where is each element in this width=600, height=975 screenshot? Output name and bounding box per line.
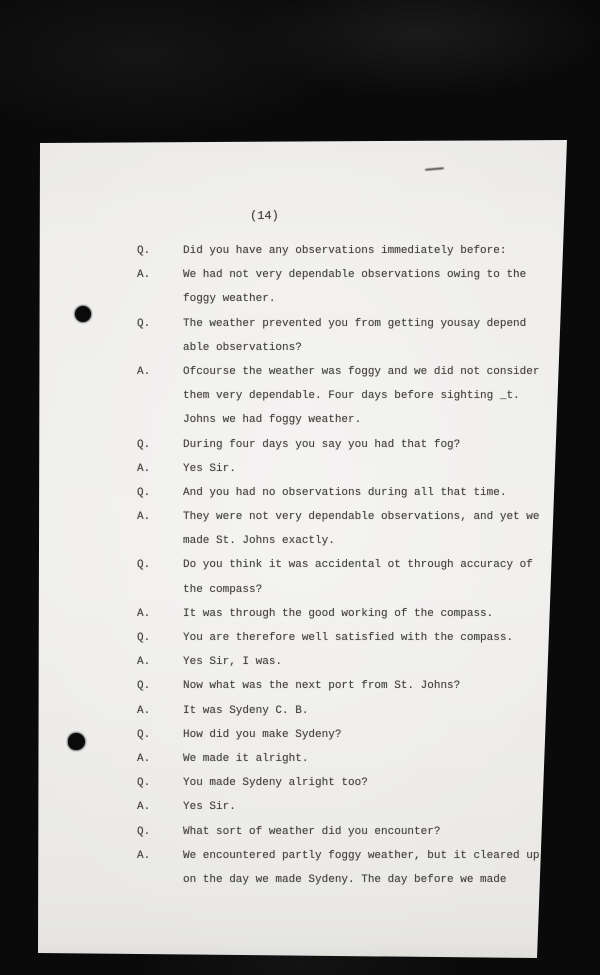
qa-line-text: We encountered partly foggy weather, but… [183, 844, 539, 868]
qa-line-text: What sort of weather did you encounter? [183, 820, 440, 844]
qa-line-text: It was through the good working of the c… [183, 602, 493, 626]
qa-line: Q.What sort of weather did you encounter… [0, 820, 560, 844]
speaker-label: Q. [137, 626, 150, 650]
speaker-label: A. [137, 844, 150, 868]
qa-line: A.Ofcourse the weather was foggy and we … [0, 360, 560, 384]
qa-line-text: able observations? [183, 336, 302, 360]
speaker-label: A. [137, 650, 150, 674]
speaker-label: A. [137, 602, 150, 626]
speaker-label: A. [137, 747, 150, 771]
qa-line-text: foggy weather. [183, 287, 275, 311]
qa-line: A.It was through the good working of the… [0, 602, 560, 626]
qa-line-text: Ofcourse the weather was foggy and we di… [183, 360, 539, 384]
qa-transcript: Q.Did you have any observations immediat… [0, 239, 560, 892]
qa-line-text: We made it alright. [183, 747, 308, 771]
pencil-mark [425, 167, 444, 171]
qa-line: Q.You made Sydeny alright too? [0, 771, 560, 795]
speaker-label: Q. [137, 674, 150, 698]
speaker-label: Q. [137, 239, 150, 263]
page-number: (14) [250, 209, 279, 223]
qa-line-text: on the day we made Sydeny. The day befor… [183, 868, 506, 892]
speaker-label: Q. [137, 481, 150, 505]
qa-line: A.They were not very dependable observat… [0, 505, 560, 529]
speaker-label: A. [137, 263, 150, 287]
qa-line-text: And you had no observations during all t… [183, 481, 506, 505]
qa-line: A.We had not very dependable observation… [0, 263, 560, 287]
qa-line: the compass? [0, 578, 560, 602]
qa-line-text: The weather prevented you from getting y… [183, 312, 526, 336]
qa-line-text: They were not very dependable observatio… [183, 505, 539, 529]
speaker-label: A. [137, 699, 150, 723]
hole-punch-icon [75, 306, 91, 322]
speaker-label: Q. [137, 771, 150, 795]
hole-punch-icon [68, 733, 85, 750]
speaker-label: A. [137, 795, 150, 819]
qa-line-text: Yes Sir, I was. [183, 650, 282, 674]
qa-line-text: Do you think it was accidental ot throug… [183, 553, 533, 577]
qa-line: made St. Johns exactly. [0, 529, 560, 553]
speaker-label: A. [137, 505, 150, 529]
qa-line: them very dependable. Four days before s… [0, 384, 560, 408]
qa-line: able observations? [0, 336, 560, 360]
qa-line: A.Yes Sir. [0, 457, 560, 481]
qa-line-text: During four days you say you had that fo… [183, 433, 460, 457]
speaker-label: A. [137, 360, 150, 384]
qa-line-text: made St. Johns exactly. [183, 529, 335, 553]
qa-line: A.Yes Sir, I was. [0, 650, 560, 674]
speaker-label: Q. [137, 723, 150, 747]
qa-line-text: Yes Sir. [183, 457, 236, 481]
document-page: (14) Q.Did you have any observations imm… [0, 0, 600, 975]
speaker-label: Q. [137, 312, 150, 336]
qa-line-text: You made Sydeny alright too? [183, 771, 368, 795]
qa-line: Johns we had foggy weather. [0, 408, 560, 432]
speaker-label: Q. [137, 433, 150, 457]
qa-line-text: Yes Sir. [183, 795, 236, 819]
qa-line: Q.During four days you say you had that … [0, 433, 560, 457]
qa-line: A.It was Sydeny C. B. [0, 699, 560, 723]
qa-line-text: We had not very dependable observations … [183, 263, 526, 287]
speaker-label: Q. [137, 553, 150, 577]
qa-line-text: You are therefore well satisfied with th… [183, 626, 513, 650]
qa-line: Q.And you had no observations during all… [0, 481, 560, 505]
qa-line: A.We encountered partly foggy weather, b… [0, 844, 560, 868]
qa-line-text: them very dependable. Four days before s… [183, 384, 520, 408]
qa-line: on the day we made Sydeny. The day befor… [0, 868, 560, 892]
qa-line-text: It was Sydeny C. B. [183, 699, 308, 723]
qa-line: Q.Do you think it was accidental ot thro… [0, 553, 560, 577]
qa-line-text: Did you have any observations immediatel… [183, 239, 506, 263]
speaker-label: A. [137, 457, 150, 481]
qa-line-text: How did you make Sydeny? [183, 723, 341, 747]
qa-line: Q.Now what was the next port from St. Jo… [0, 674, 560, 698]
qa-line-text: Now what was the next port from St. John… [183, 674, 460, 698]
qa-line: A.We made it alright. [0, 747, 560, 771]
speaker-label: Q. [137, 820, 150, 844]
qa-line-text: the compass? [183, 578, 262, 602]
qa-line: Q.You are therefore well satisfied with … [0, 626, 560, 650]
qa-line-text: Johns we had foggy weather. [183, 408, 361, 432]
qa-line: Q.Did you have any observations immediat… [0, 239, 560, 263]
qa-line: A.Yes Sir. [0, 795, 560, 819]
